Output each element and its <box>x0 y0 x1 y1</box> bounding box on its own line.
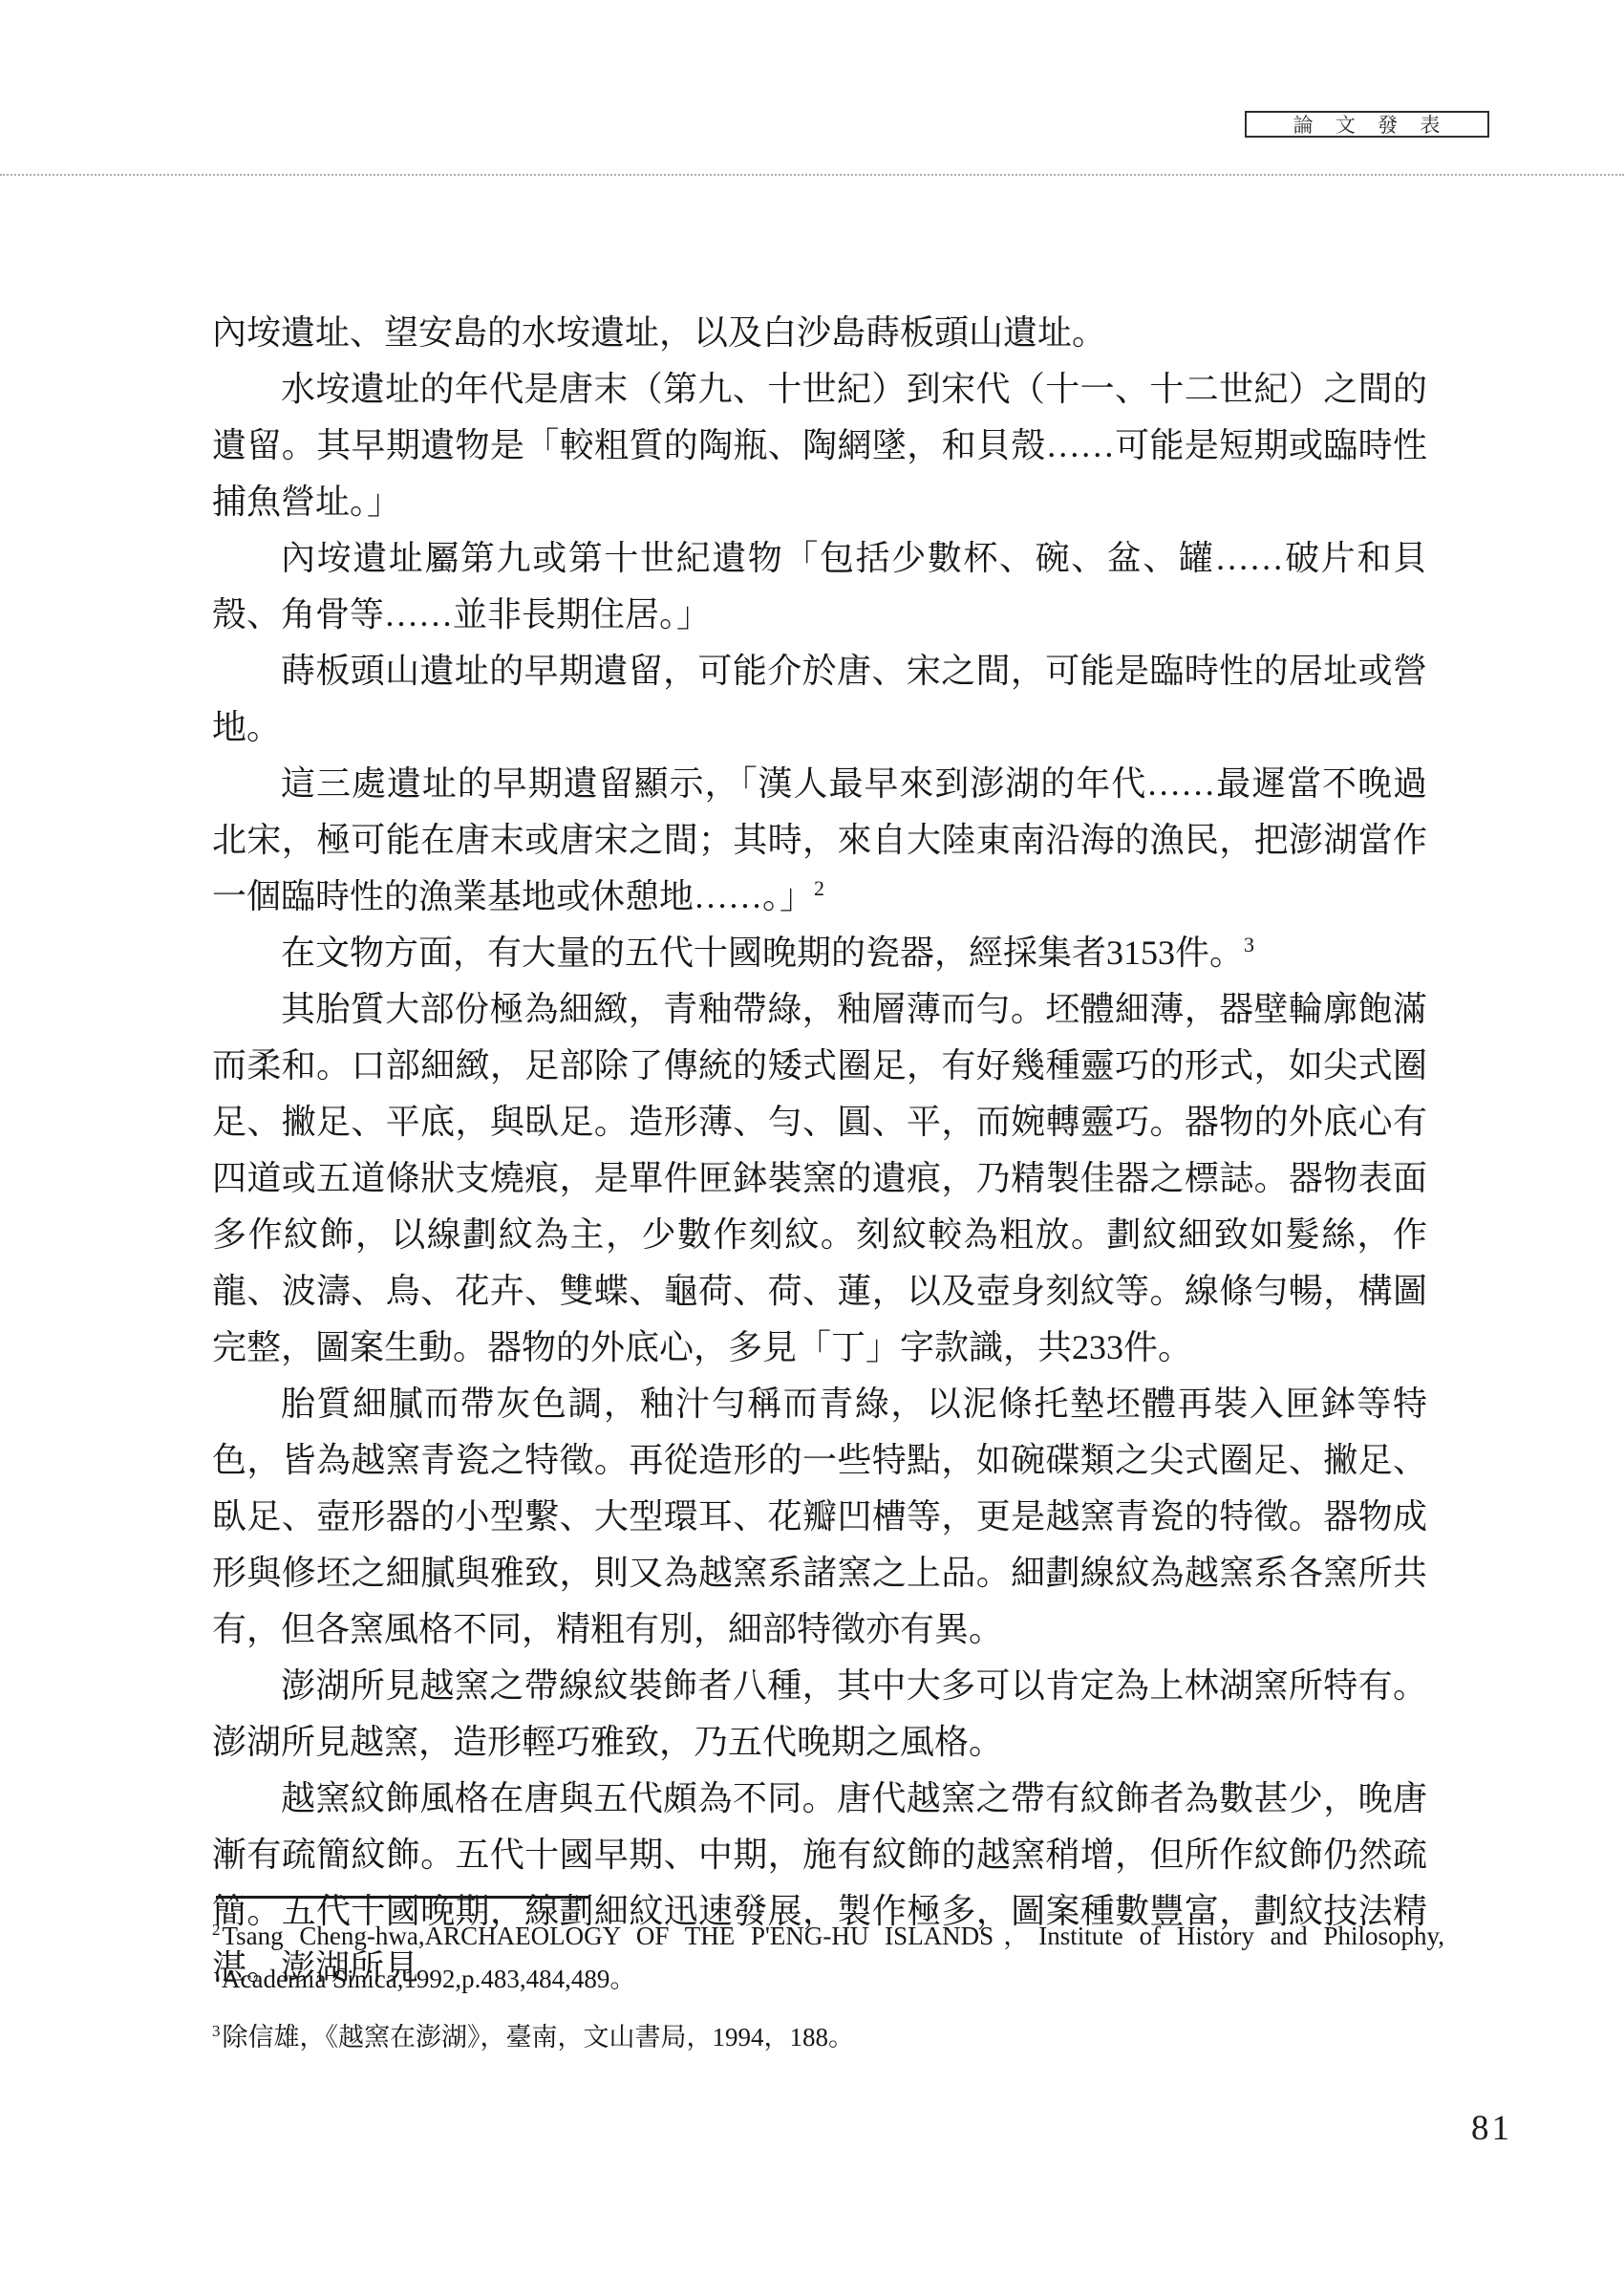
header-dotted-divider <box>0 174 1624 176</box>
footnote: 2Tsang Cheng-hwa,ARCHAEOLOGY OF THE P'EN… <box>212 1915 1444 2001</box>
paragraph: 在文物方面，有大量的五代十國晚期的瓷器，經採集者3153件。3 <box>212 925 1427 981</box>
paragraph: 水垵遺址的年代是唐末（第九、十世紀）到宋代（十一、十二世紀）之間的遺留。其早期遺… <box>212 361 1427 530</box>
footnotes-section: 2Tsang Cheng-hwa,ARCHAEOLOGY OF THE P'EN… <box>212 1915 1444 2074</box>
paragraph: 內垵遺址、望安島的水垵遺址，以及白沙島蒔板頭山遺址。 <box>212 305 1427 361</box>
document-page: 論 文 發 表 內垵遺址、望安島的水垵遺址，以及白沙島蒔板頭山遺址。水垵遺址的年… <box>0 0 1624 2277</box>
paragraph: 胎質細膩而帶灰色調，釉汁勻稱而青綠，以泥條托墊坯體再裝入匣鉢等特色，皆為越窯青瓷… <box>212 1376 1427 1658</box>
header-title: 論 文 發 表 <box>1293 110 1449 139</box>
footnote-reference: 2 <box>814 876 824 900</box>
paragraph: 蒔板頭山遺址的早期遺留，可能介於唐、宋之間，可能是臨時性的居址或營地。 <box>212 643 1427 756</box>
paragraph: 其胎質大部份極為細緻，青釉帶綠，釉層薄而勻。坯體細薄，器壁輪廓飽滿而柔和。口部細… <box>212 981 1427 1376</box>
footnote-marker: 2 <box>212 1921 221 1939</box>
paragraph: 這三處遺址的早期遺留顯示，「漢人最早來到澎湖的年代……最遲當不晚過北宋，極可能在… <box>212 756 1427 925</box>
paragraph: 澎湖所見越窯之帶線紋裝飾者八種，其中大多可以肯定為上林湖窯所特有。澎湖所見越窯，… <box>212 1658 1427 1771</box>
paragraph: 內垵遺址屬第九或第十世紀遺物「包括少數杯、碗、盆、罐……破片和貝殼、角骨等……並… <box>212 530 1427 643</box>
body-text: 內垵遺址、望安島的水垵遺址，以及白沙島蒔板頭山遺址。水垵遺址的年代是唐末（第九、… <box>212 305 1427 1996</box>
footnote-separator <box>216 1896 590 1899</box>
footnote-reference: 3 <box>1244 933 1254 956</box>
page-number: 81 <box>1471 2108 1512 2149</box>
header-title-box: 論 文 發 表 <box>1245 111 1489 138</box>
footnote: 3除信雄，《越窯在澎湖》，臺南，文山書局，1994，188。 <box>212 2016 1444 2059</box>
footnote-marker: 3 <box>212 2022 221 2040</box>
